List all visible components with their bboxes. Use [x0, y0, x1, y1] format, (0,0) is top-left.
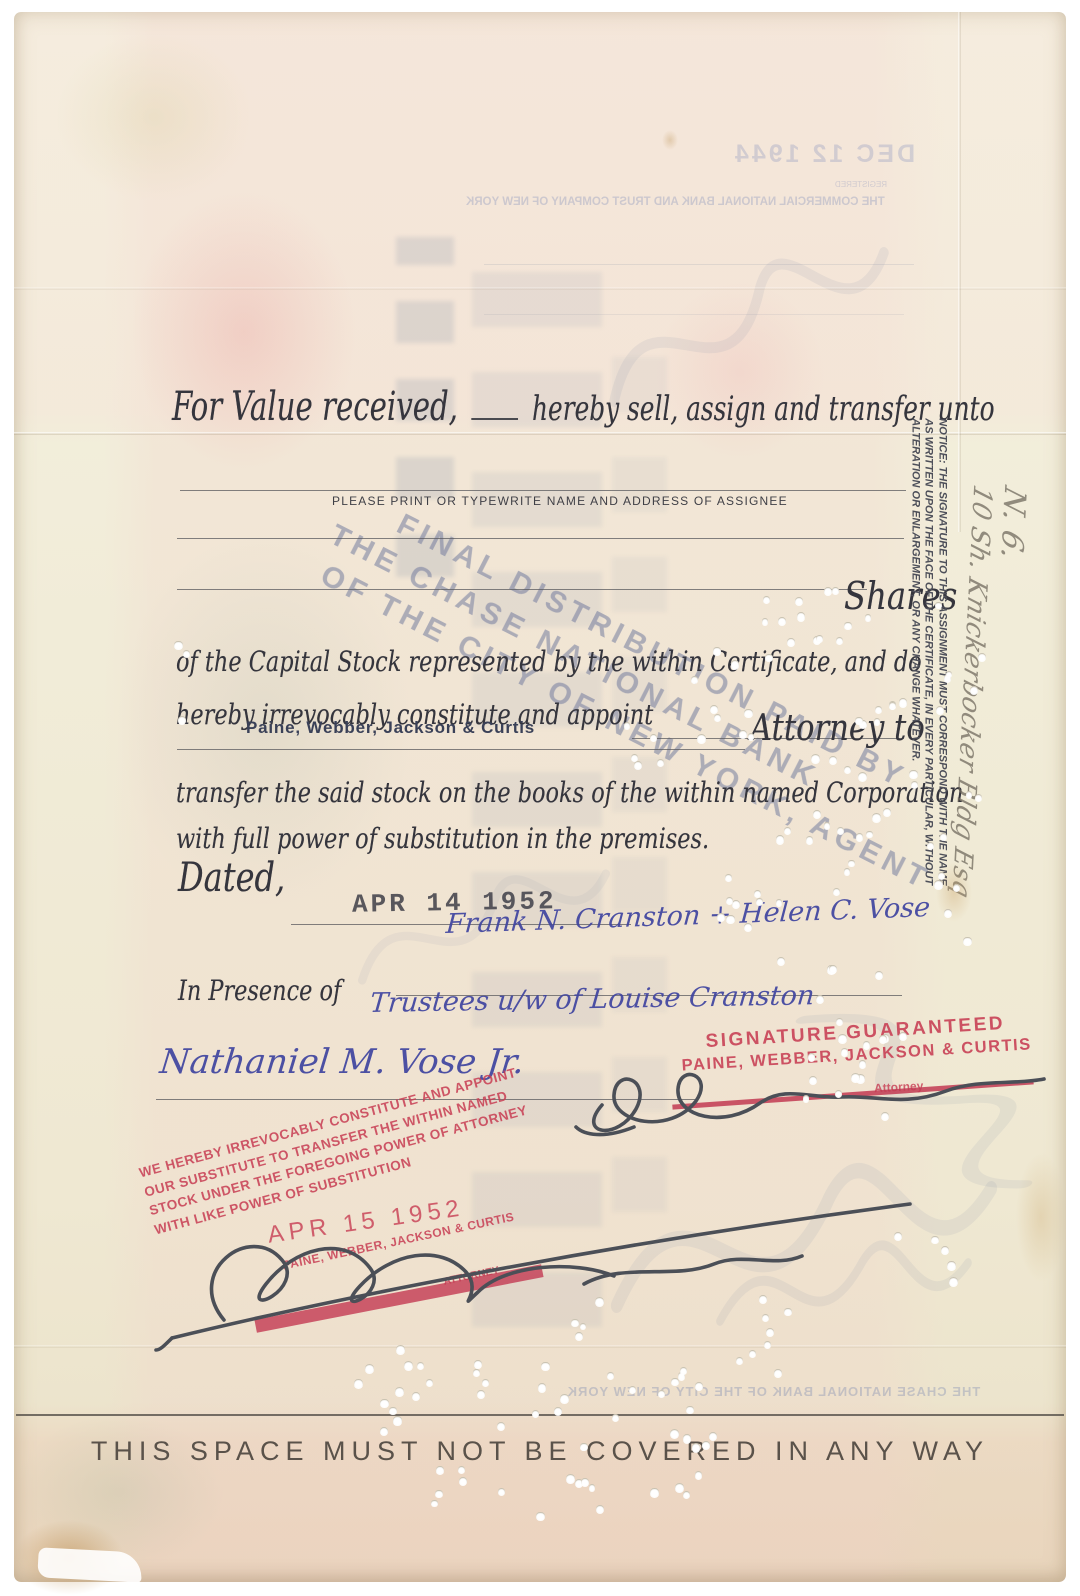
punch-hole — [759, 1295, 767, 1303]
punch-hole — [970, 686, 978, 694]
punch-hole — [778, 617, 786, 625]
bleedthrough-bank-line: THE COMMERCIAL NATIONAL BANK AND TRUST C… — [466, 196, 885, 208]
punch-hole — [532, 1410, 540, 1418]
punch-hole — [571, 1319, 579, 1327]
punch-hole — [859, 1060, 867, 1068]
guarantor-ink-signature — [574, 1027, 1074, 1142]
assignment-body-line-4: with full power of substitution in the p… — [176, 822, 709, 855]
fold-crease — [14, 287, 1066, 290]
certificate-back-paper: DEC 12 1944 REGISTERED THE COMMERCIAL NA… — [14, 12, 1066, 1582]
punch-hole — [695, 1471, 703, 1479]
paper-tear — [37, 1547, 142, 1582]
punch-hole — [431, 1500, 438, 1507]
punch-hole — [538, 1383, 547, 1392]
punch-hole — [396, 1345, 405, 1354]
punch-hole — [691, 676, 698, 683]
scanned-certificate-page: DEC 12 1944 REGISTERED THE COMMERCIAL NA… — [0, 0, 1080, 1596]
punch-hole — [178, 716, 186, 724]
punch-hole — [762, 618, 769, 625]
notice-line: NOTICE: THE SIGNATURE TO THIS ASSIGNMENT… — [935, 418, 949, 918]
punch-hole — [395, 1387, 404, 1396]
stain — [1016, 1152, 1066, 1282]
punch-hole — [354, 1379, 363, 1388]
punch-hole — [683, 1491, 690, 1498]
trustee-capacity-note: Trustees u/w of Louise Cranston — [369, 980, 816, 1019]
punch-hole — [596, 1505, 604, 1513]
punch-hole — [670, 1429, 679, 1438]
punch-hole — [872, 813, 881, 822]
assignment-lead-left: For Value received, — [172, 384, 458, 430]
punch-hole — [909, 770, 917, 778]
punch-hole — [946, 671, 953, 678]
punch-hole — [695, 1382, 703, 1390]
punch-hole — [482, 1379, 489, 1386]
punch-hole — [726, 915, 735, 924]
punch-hole — [675, 1483, 684, 1492]
punch-hole — [671, 1378, 679, 1386]
punch-hole — [944, 909, 952, 917]
punch-hole — [856, 833, 863, 840]
punch-hole — [702, 1441, 710, 1449]
punch-hole — [474, 1360, 482, 1368]
punch-hole — [776, 835, 784, 843]
punch-hole — [436, 1466, 443, 1473]
punch-hole — [832, 587, 839, 594]
punch-hole — [953, 884, 960, 891]
punch-hole — [806, 836, 813, 843]
in-presence-of-label: In Presence of — [178, 974, 341, 1007]
punch-hole — [595, 1297, 604, 1306]
assignment-lead-line: For Value received, hereby sell, assign … — [172, 384, 995, 430]
punch-hole — [835, 1090, 842, 1097]
punch-hole — [931, 1236, 939, 1244]
punch-hole — [795, 597, 803, 605]
punch-hole — [754, 890, 761, 897]
punch-hole — [784, 1308, 792, 1316]
punch-hole — [824, 587, 832, 595]
punch-hole — [459, 1477, 467, 1485]
punch-hole — [858, 772, 867, 781]
bleedthrough-date-stamp: DEC 12 1944 — [732, 140, 915, 169]
punch-hole — [863, 1041, 870, 1048]
punch-hole — [389, 1407, 396, 1414]
assignee-blank-line-2 — [177, 538, 904, 539]
punch-hole — [581, 1478, 589, 1486]
punch-hole — [473, 1369, 480, 1376]
punch-hole — [498, 1488, 505, 1495]
punch-hole — [477, 1390, 485, 1398]
assignment-body-line-1: of the Capital Stock represented by the … — [176, 645, 922, 678]
bleedthrough-bottom-bank-line: THE CHASE NATIONAL BANK OF THE CITY OF N… — [562, 1384, 980, 1399]
punch-hole — [417, 1362, 424, 1369]
punch-hole — [837, 827, 844, 834]
punch-hole — [412, 1392, 420, 1400]
punch-hole — [787, 638, 795, 646]
punch-hole — [764, 1341, 771, 1348]
punch-hole — [936, 706, 944, 714]
punch-hole — [580, 1443, 587, 1450]
punch-hole — [803, 1095, 810, 1102]
punch-hole — [497, 1422, 505, 1430]
punch-hole — [435, 1490, 443, 1498]
punch-hole — [875, 971, 883, 979]
punch-hole — [947, 1261, 956, 1270]
stain — [662, 130, 678, 150]
punch-hole — [365, 1364, 374, 1373]
punch-hole — [763, 596, 770, 603]
punch-hole — [836, 637, 843, 644]
punch-hole — [566, 1474, 575, 1483]
punch-hole — [713, 647, 720, 654]
punch-hole — [710, 705, 718, 713]
punch-hole — [393, 1416, 401, 1424]
appointee-blank-line — [177, 749, 745, 750]
punch-hole — [607, 1372, 614, 1379]
substitute-ink-signature — [154, 1152, 934, 1352]
footer-warning: THIS SPACE MUST NOT BE COVERED IN ANY WA… — [14, 1436, 1066, 1467]
punch-hole — [541, 1362, 549, 1370]
punch-hole — [756, 898, 763, 905]
bleedthrough-registered-label: REGISTERED — [835, 180, 887, 189]
punch-hole — [717, 913, 725, 921]
punch-hole — [536, 1512, 544, 1520]
punch-hole — [844, 868, 851, 875]
punch-hole — [855, 717, 863, 725]
punch-hole — [797, 612, 806, 621]
punch-hole — [683, 1434, 691, 1442]
punch-hole — [935, 602, 942, 609]
punch-hole — [833, 888, 840, 895]
punch-hole — [686, 1406, 693, 1413]
punch-hole — [838, 1034, 847, 1043]
dated-label: Dated, — [178, 855, 285, 901]
punch-hole — [808, 1053, 815, 1060]
punch-hole — [816, 995, 824, 1003]
punch-hole — [631, 754, 638, 761]
punch-hole — [426, 1379, 433, 1386]
punch-hole — [697, 734, 706, 743]
footer-rule — [16, 1414, 1064, 1416]
pencil-margin-note: N. 6. 10 Sh. Knickerbocker Bldg Esq — [940, 485, 1032, 1008]
punch-hole — [949, 1277, 958, 1286]
punch-hole — [657, 759, 664, 766]
appointed-attorney-typed: Paine, Webber, Jackson & Curtis — [246, 718, 535, 738]
punch-hole — [650, 1488, 658, 1496]
punch-hole — [774, 1369, 782, 1377]
punch-hole — [458, 1466, 465, 1473]
punch-hole — [658, 1390, 665, 1397]
punch-hole — [726, 897, 733, 904]
shares-blank-line — [177, 589, 867, 590]
punch-hole — [836, 1018, 843, 1025]
fold-crease-vertical — [958, 12, 961, 532]
punch-hole — [744, 923, 752, 931]
punch-hole — [560, 1394, 569, 1403]
punch-hole — [380, 1399, 388, 1407]
punch-hole — [816, 635, 823, 642]
punch-hole — [865, 614, 872, 621]
punch-hole — [744, 709, 752, 717]
punch-hole — [844, 622, 852, 630]
assignee-caption: PLEASE PRINT OR TYPEWRITE NAME AND ADDRE… — [332, 494, 788, 508]
assignment-body-line-3: transfer the said stock on the books of … — [176, 776, 963, 809]
punch-hole — [589, 1484, 596, 1491]
assignment-lead-gap-line — [472, 388, 519, 420]
punch-hole — [777, 957, 785, 965]
punch-hole — [829, 965, 838, 974]
punch-hole — [766, 1328, 774, 1336]
punch-hole — [624, 722, 631, 729]
punch-hole — [634, 761, 642, 769]
notice-line: ALTERATION OR ENLARGEMENT, OR ANY CHANGE… — [908, 418, 922, 918]
punch-hole — [866, 831, 873, 838]
punch-hole — [692, 1443, 701, 1452]
punch-hole — [848, 860, 855, 867]
punch-hole — [725, 874, 732, 881]
attorney-to-label: Attorney to — [750, 708, 925, 749]
punch-hole — [784, 827, 791, 834]
punch-hole — [829, 756, 837, 764]
punch-hole — [174, 641, 183, 650]
punch-hole — [739, 730, 747, 738]
punch-hole — [899, 698, 907, 706]
punch-hole — [612, 1414, 619, 1421]
punch-hole — [927, 842, 935, 850]
punch-hole — [963, 937, 971, 945]
punch-hole — [380, 1427, 388, 1435]
punch-hole — [404, 1361, 413, 1370]
punch-hole — [680, 1367, 687, 1374]
assignee-blank-line-1 — [180, 490, 906, 491]
punch-hole — [765, 654, 773, 662]
